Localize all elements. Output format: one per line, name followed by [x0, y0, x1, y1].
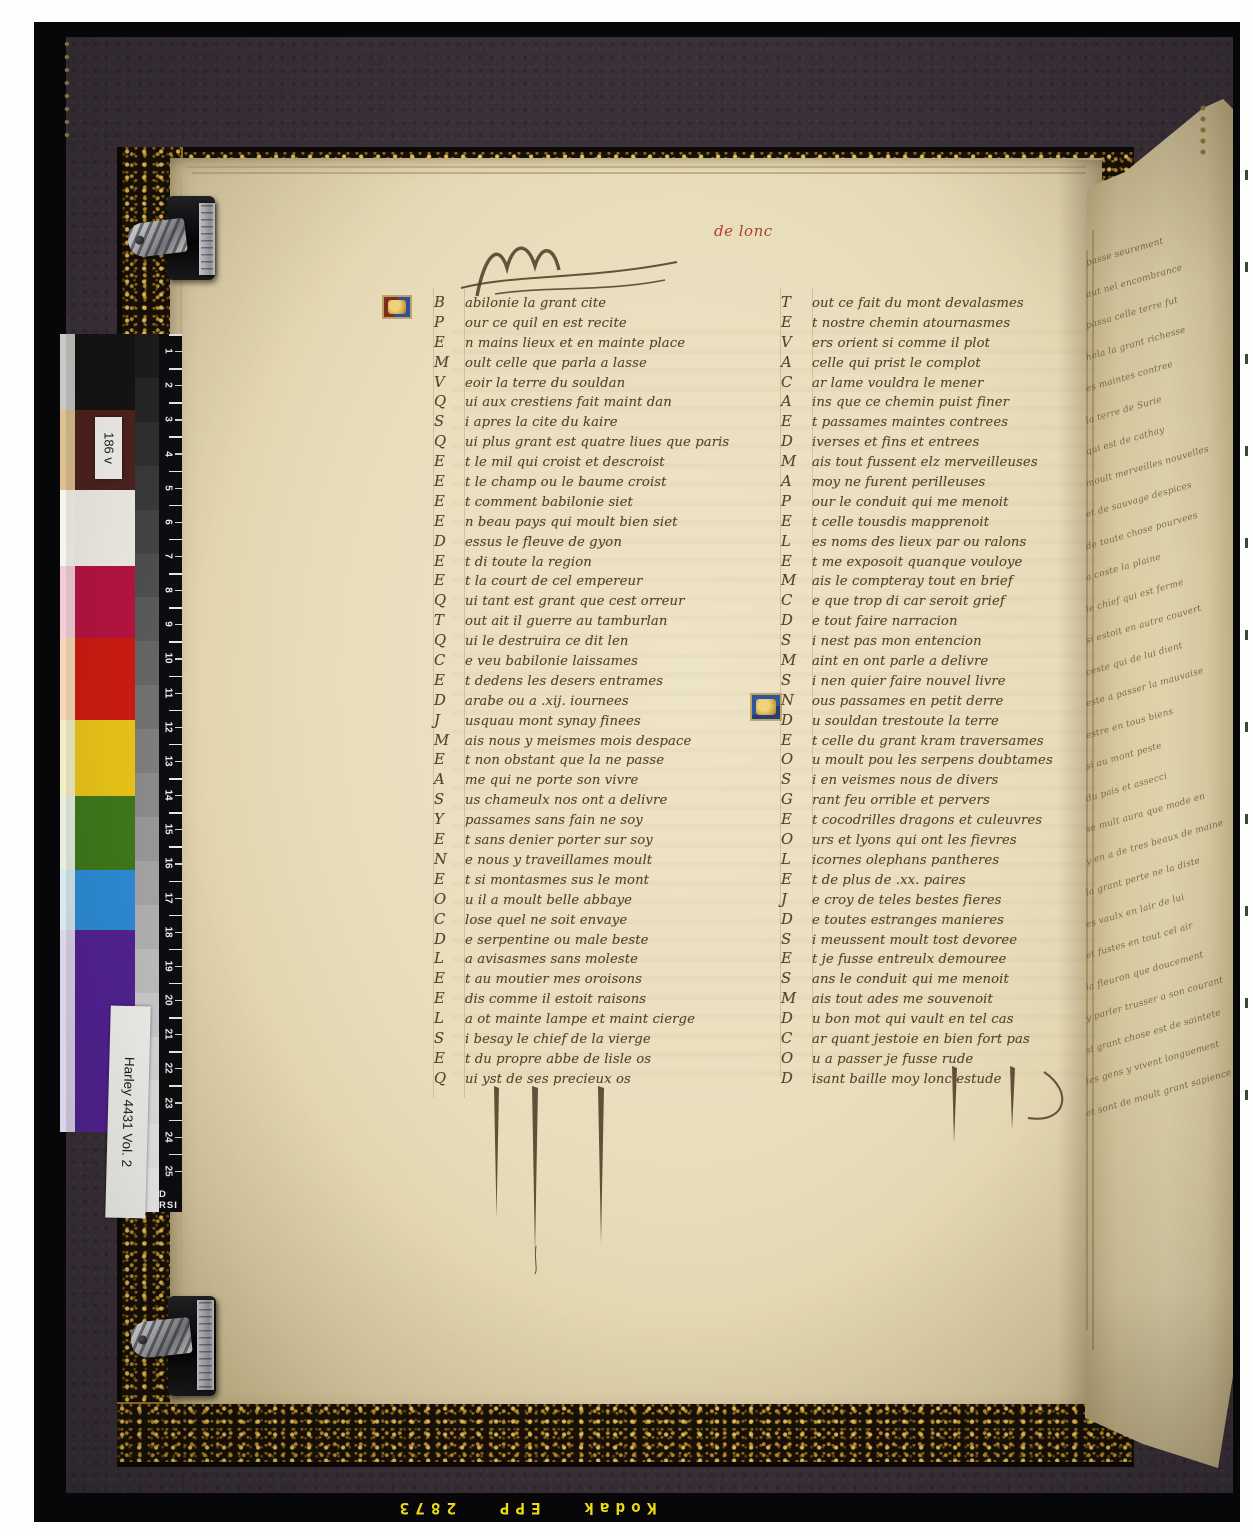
verse-line: E t celle tousdis mapprenoit: [781, 513, 1097, 533]
gray-step: [135, 510, 159, 554]
verse-line: D arabe ou a .xij. iournees: [434, 692, 750, 712]
verse-initial: M: [434, 354, 465, 371]
ruler-major-tick: [169, 607, 182, 609]
ruler-cell: 14: [159, 778, 182, 812]
folio-number-label: 186 v: [101, 432, 116, 464]
verse-initial: S: [434, 413, 465, 430]
verse-line: S i nen quier faire nouvel livre: [781, 672, 1097, 692]
verse-initial: N: [434, 851, 465, 868]
ruler-minor-tick: [175, 1068, 182, 1069]
gray-step: [135, 729, 159, 773]
verse-text: ans le conduit qui me menoit: [812, 972, 1009, 987]
main-color-patch: [75, 334, 135, 410]
main-color-patch: [75, 490, 135, 566]
ruler-number: 23: [163, 1097, 174, 1108]
ruler-cell: 22: [159, 1051, 182, 1085]
verse-initial: V: [434, 374, 465, 391]
ruler-cell: 15: [159, 812, 182, 846]
verse-text: i meussent moult tost devoree: [812, 933, 1017, 948]
verse-initial: E: [781, 314, 812, 331]
ruler-number: 8: [163, 587, 174, 593]
gray-step: [135, 641, 159, 685]
verse-line: M ais le compteray tout en brief: [781, 572, 1097, 592]
ruler-cell: 21: [159, 1017, 182, 1051]
verse-initial: P: [781, 493, 812, 510]
verse-initial: C: [781, 374, 812, 391]
shelfmark-label: Harley 4431 Vol. 2: [119, 1057, 137, 1168]
verse-initial: O: [781, 751, 812, 768]
descender-flourish: [924, 1066, 1094, 1166]
verse-initial: L: [781, 533, 812, 550]
ruler-minor-tick: [175, 898, 182, 899]
ruler-major-tick: [169, 1051, 182, 1053]
verse-text: out ait il guerre au tamburlan: [465, 614, 668, 629]
verse-line: O urs et lyons qui ont les fievres: [781, 831, 1097, 851]
ruler-minor-tick: [175, 590, 182, 591]
verse-text: t di toute la region: [465, 555, 592, 570]
ruler-number: 2: [163, 382, 174, 388]
verse-text: aint en ont parle a delivre: [812, 654, 988, 669]
ruler-number: 7: [163, 553, 174, 559]
verse-initial: S: [781, 771, 812, 788]
verse-text: t je fusse entreulx demouree: [812, 952, 1006, 967]
verse-initial: M: [434, 732, 465, 749]
ruler-major-tick: [169, 402, 182, 404]
ruler-major-tick: [169, 334, 182, 336]
verse-text: t dedens les desers entrames: [465, 674, 663, 689]
gold-initial-core: [388, 300, 406, 314]
verse-line: E t le champ ou le baume croist: [434, 473, 750, 493]
verse-text: t passames maintes contrees: [812, 415, 1008, 430]
verse-initial: E: [434, 1050, 465, 1067]
ruler-number: 18: [163, 926, 174, 937]
ruler-minor-tick: [175, 1000, 182, 1001]
verse-line: B abilonie la grant cite: [434, 294, 750, 314]
verse-initial: Q: [434, 393, 465, 410]
ruler-minor-tick: [175, 556, 182, 557]
verse-initial: E: [434, 572, 465, 589]
verse-initial: D: [781, 1010, 812, 1027]
verse-initial: E: [781, 513, 812, 530]
verse-text: ais le compteray tout en brief: [812, 574, 1013, 589]
photo-stage: de lonc B abilonie la grant cite P our c…: [0, 0, 1253, 1536]
verse-initial: E: [781, 811, 812, 828]
pale-color-patch: [60, 410, 75, 490]
verse-text: dis comme il estoit raisons: [465, 992, 646, 1007]
verse-line: M oult celle que parla a lasse: [434, 354, 750, 374]
verse-line: A moy ne furent perilleuses: [781, 473, 1097, 493]
verse-line: E t je fusse entreulx demouree: [781, 950, 1097, 970]
ruler-number: 19: [163, 960, 174, 971]
verse-line: D essus le fleuve de gyon: [434, 533, 750, 553]
color-patch-row: [60, 720, 135, 796]
ruler-major-tick: [169, 641, 182, 643]
verse-line: E t me exposoit quanque vouloye: [781, 553, 1097, 573]
ruler-minor-tick: [175, 419, 182, 420]
verse-line: D u bon mot qui vault en tel cas: [781, 1010, 1097, 1030]
verse-initial: E: [781, 413, 812, 430]
ruler-major-tick: [169, 915, 182, 917]
ruler-number: 17: [163, 892, 174, 903]
verse-text: u souldan trestoute la terre: [812, 714, 999, 729]
ruler-minor-tick: [175, 1137, 182, 1138]
ruler-major-tick: [169, 505, 182, 507]
verse-initial: E: [434, 493, 465, 510]
ruler-number: 4: [163, 451, 174, 457]
ruler-cell: 24: [159, 1120, 182, 1154]
verse-initial: M: [781, 453, 812, 470]
gray-step: [135, 773, 159, 817]
ruler-major-tick: [169, 983, 182, 985]
verse-text: essus le fleuve de gyon: [465, 535, 622, 550]
verse-line: Q ui le destruira ce dit len: [434, 632, 750, 652]
verse-line: N ous passames en petit derre: [781, 692, 1097, 712]
ruler-major-tick: [169, 1120, 182, 1122]
verse-line: Y passames sans fain ne soy: [434, 811, 750, 831]
ruler-cell: 4: [159, 436, 182, 470]
verse-initial: S: [434, 1030, 465, 1047]
verse-text: urs et lyons qui ont les fievres: [812, 833, 1017, 848]
verse-line: E t passames maintes contrees: [781, 413, 1097, 433]
verse-initial: D: [781, 1070, 812, 1087]
ruler-major-tick: [169, 778, 182, 780]
ruler-major-tick: [169, 1154, 182, 1156]
verse-text: t du propre abbe de lisle os: [465, 1052, 651, 1067]
ruler-cell: 8: [159, 573, 182, 607]
verse-initial: E: [434, 871, 465, 888]
ruler-cell: 7: [159, 539, 182, 573]
verse-initial: E: [434, 553, 465, 570]
verse-text: e croy de teles bestes fieres: [812, 893, 1002, 908]
verse-line: E t sans denier porter sur soy: [434, 831, 750, 851]
verse-line: E t de plus de .xx. paires: [781, 871, 1097, 891]
verse-text: t la court de cel empereur: [465, 574, 642, 589]
verse-initial: A: [781, 473, 812, 490]
verse-initial: B: [434, 294, 465, 311]
ruler-major-tick: [169, 1085, 182, 1087]
verse-text: ar quant jestoie en bien fort pas: [812, 1032, 1030, 1047]
verse-initial: M: [781, 652, 812, 669]
verse-text: t comment babilonie siet: [465, 495, 633, 510]
verse-text: abilonie la grant cite: [465, 296, 606, 311]
rubric-heading: de lonc: [714, 222, 844, 240]
verse-initial: O: [434, 891, 465, 908]
ruler-minor-tick: [175, 829, 182, 830]
ruler-minor-tick: [175, 624, 182, 625]
verse-text: t nostre chemin atournasmes: [812, 316, 1010, 331]
verse-text: passames sans fain ne soy: [465, 813, 643, 828]
ruler-major-tick: [169, 710, 182, 712]
ruler-number: 12: [163, 721, 174, 732]
verse-line: E t comment babilonie siet: [434, 493, 750, 513]
verse-text: ins que ce chemin puist finer: [812, 395, 1009, 410]
verse-line: S i en veismes nous de divers: [781, 771, 1097, 791]
ruler-minor-tick: [175, 761, 182, 762]
gray-step: [135, 378, 159, 422]
verse-text: ui aux crestiens fait maint dan: [465, 395, 672, 410]
color-patch-row: [60, 490, 135, 566]
clip-plate-bottom: [197, 1300, 214, 1390]
main-color-patch: [75, 720, 135, 796]
verse-initial: D: [781, 433, 812, 450]
verse-line: M ais nous y meismes mois despace: [434, 732, 750, 752]
ruler-cell: 13: [159, 744, 182, 778]
main-color-patch: [75, 796, 135, 870]
verse-initial: J: [434, 712, 465, 729]
pale-color-patch: [60, 638, 75, 720]
verse-text: us chameulx nos ont a delivre: [465, 793, 667, 808]
verse-initial: P: [434, 314, 465, 331]
main-color-patch: [75, 638, 135, 720]
verse-text: ui plus grant est quatre liues que paris: [465, 435, 729, 450]
verse-line: E dis comme il estoit raisons: [434, 990, 750, 1010]
verse-text: our le conduit qui me menoit: [812, 495, 1009, 510]
verse-text: ui le destruira ce dit len: [465, 634, 628, 649]
verse-text: a ot mainte lampe et maint cierge: [465, 1012, 695, 1027]
ruler-number: 22: [163, 1063, 174, 1074]
verse-line: E t non obstant que la ne passe: [434, 751, 750, 771]
gray-step: [135, 466, 159, 510]
ruler-number: 10: [163, 653, 174, 664]
ruler-minor-tick: [175, 453, 182, 454]
clip-plate-top: [199, 203, 215, 275]
ruler-cell: 10: [159, 641, 182, 675]
verse-text: e nous y traveillames moult: [465, 853, 652, 868]
ruler-number: 25: [163, 1165, 174, 1176]
ruler-cell: 1: [159, 334, 182, 368]
verse-text: oult celle que parla a lasse: [465, 356, 647, 371]
verse-line: E t si montasmes sus le mont: [434, 871, 750, 891]
gray-step: [135, 817, 159, 861]
verse-line: L es noms des lieux par ou ralons: [781, 533, 1097, 553]
ruler-number: 13: [163, 755, 174, 766]
verse-line: E t dedens les desers entrames: [434, 672, 750, 692]
ruler-major-tick: [169, 881, 182, 883]
verse-initial: E: [434, 473, 465, 490]
verse-line: T out ce fait du mont devalasmes: [781, 294, 1097, 314]
verse-text: u il a moult belle abbaye: [465, 893, 632, 908]
verse-line: D e toutes estranges manieres: [781, 911, 1097, 931]
ruler-minor-tick: [175, 966, 182, 967]
verse-text: t celle du grant kram traversames: [812, 734, 1044, 749]
clip-key-top: [126, 218, 188, 259]
gold-initial-core: [756, 699, 776, 716]
ruler-major-tick: [169, 676, 182, 678]
ruler-minor-tick: [175, 693, 182, 694]
verse-text: u moult pou les serpens doubtames: [812, 753, 1053, 768]
verse-line: S us chameulx nos ont a delivre: [434, 791, 750, 811]
gray-step: [135, 905, 159, 949]
verse-initial: D: [434, 931, 465, 948]
verse-text: i nen quier faire nouvel livre: [812, 674, 1006, 689]
ruler-minor-tick: [175, 1171, 182, 1172]
gray-step: [135, 949, 159, 993]
ruler-cell: 12: [159, 710, 182, 744]
ruler-cell: 18: [159, 915, 182, 949]
verse-line: Q ui aux crestiens fait maint dan: [434, 393, 750, 413]
verse-line: M ais tout fussent elz merveilleuses: [781, 453, 1097, 473]
verse-text: out ce fait du mont devalasmes: [812, 296, 1024, 311]
verse-line: M aint en ont parle a delivre: [781, 652, 1097, 672]
ruler-major-tick: [169, 539, 182, 541]
verse-line: S ans le conduit qui me menoit: [781, 970, 1097, 990]
verse-text: rant feu orrible et pervers: [812, 793, 990, 808]
ruler-number: 14: [163, 790, 174, 801]
ruler-minor-tick: [175, 795, 182, 796]
verse-text: t sans denier porter sur soy: [465, 833, 653, 848]
ruler-cell: 9: [159, 607, 182, 641]
verse-initial: E: [781, 732, 812, 749]
verse-line: E t la court de cel empereur: [434, 572, 750, 592]
ruler-cell: 2: [159, 368, 182, 402]
verse-initial: E: [434, 453, 465, 470]
verse-initial: A: [434, 771, 465, 788]
verse-line: P our le conduit qui me menoit: [781, 493, 1097, 513]
verse-initial: Q: [434, 592, 465, 609]
ruler-major-tick: [169, 471, 182, 473]
pale-color-patch: [60, 334, 75, 410]
descender-flourish: [480, 1086, 650, 1276]
verse-text: n beau pays qui moult bien siet: [465, 515, 678, 530]
ruler-number: 9: [163, 622, 174, 628]
verse-text: eoir la terre du souldan: [465, 376, 625, 391]
color-patch-row: [60, 334, 135, 410]
verse-line: V eoir la terre du souldan: [434, 374, 750, 394]
verse-initial: J: [781, 891, 812, 908]
verse-text: t le mil qui croist et descroist: [465, 455, 665, 470]
ruler-minor-tick: [175, 385, 182, 386]
verse-line: E t le mil qui croist et descroist: [434, 453, 750, 473]
verse-text: i besay le chief de la vierge: [465, 1032, 651, 1047]
gold-tooled-border-bottom: [117, 1402, 1134, 1467]
verse-text: ous passames en petit derre: [812, 694, 1003, 709]
verse-initial: Q: [434, 632, 465, 649]
verse-line: E t du propre abbe de lisle os: [434, 1050, 750, 1070]
verse-initial: N: [781, 692, 812, 709]
verse-line: S i besay le chief de la vierge: [434, 1030, 750, 1050]
verse-text: ais tout ades me souvenoit: [812, 992, 993, 1007]
verse-initial: M: [781, 572, 812, 589]
verse-text: t le champ ou le baume croist: [465, 475, 667, 490]
verse-text: usquau mont synay finees: [465, 714, 641, 729]
gray-step: [135, 554, 159, 598]
verse-initial: A: [781, 393, 812, 410]
champ-initial-ornament: [751, 694, 781, 720]
verse-line: J usquau mont synay finees: [434, 712, 750, 732]
pale-color-patch: [60, 870, 75, 930]
pale-color-patch: [60, 720, 75, 796]
verse-line: A me qui ne porte son vivre: [434, 771, 750, 791]
champ-initial-ornament: [383, 296, 411, 318]
verse-initial: Q: [434, 1070, 465, 1087]
cadel-flourish: [455, 236, 695, 300]
verse-line: E t cocodrilles dragons et culeuvres: [781, 811, 1097, 831]
ruler-cell: 5: [159, 471, 182, 505]
verse-initial: D: [434, 533, 465, 550]
ruler-major-tick: [169, 368, 182, 370]
ruler-major-tick: [169, 949, 182, 951]
verse-line: A celle qui prist le complot: [781, 354, 1097, 374]
verse-text: u a passer je fusse rude: [812, 1052, 973, 1067]
verse-initial: C: [434, 911, 465, 928]
verse-initial: L: [434, 1010, 465, 1027]
ruler-minor-tick: [175, 727, 182, 728]
ruler-cell: 19: [159, 949, 182, 983]
verse-text: e tout faire narracion: [812, 614, 958, 629]
verse-line: E n beau pays qui moult bien siet: [434, 513, 750, 533]
verse-line: S i apres la cite du kaire: [434, 413, 750, 433]
shelfmark-sticker: Harley 4431 Vol. 2: [105, 1006, 151, 1219]
verse-line: L a avisasmes sans moleste: [434, 950, 750, 970]
verse-line: D e tout faire narracion: [781, 612, 1097, 632]
verse-line: C e veu babilonie laissames: [434, 652, 750, 672]
ruler-minor-tick: [175, 1034, 182, 1035]
ruler-cell: 23: [159, 1085, 182, 1119]
color-patch-row: [60, 870, 135, 930]
verse-text: t si montasmes sus le mont: [465, 873, 649, 888]
film-edge-marks: [1245, 170, 1248, 1170]
verse-initial: E: [434, 990, 465, 1007]
color-patch-row: [60, 566, 135, 638]
verse-line: S i meussent moult tost devoree: [781, 931, 1097, 951]
pale-color-patch: [60, 796, 75, 870]
verse-text: iverses et fins et entrees: [812, 435, 979, 450]
verse-initial: C: [781, 592, 812, 609]
page-stack-edge: [186, 166, 1086, 168]
clip-plate-etching: [199, 1302, 212, 1388]
verse-initial: Q: [434, 433, 465, 450]
ruler-number: 6: [163, 519, 174, 525]
verse-line: E t nostre chemin atournasmes: [781, 314, 1097, 334]
ruler-strip: 1 2 3: [159, 334, 182, 1212]
ruler-major-tick: [169, 436, 182, 438]
verse-line: P our ce quil en est recite: [434, 314, 750, 334]
text-column-2: T out ce fait du mont devalasmes E t nos…: [781, 294, 1097, 1090]
ruler-cell: 6: [159, 505, 182, 539]
verse-text: t au moutier mes oroisons: [465, 972, 642, 987]
verse-initial: L: [781, 851, 812, 868]
verse-line: D u souldan trestoute la terre: [781, 712, 1097, 732]
ruler-footer-label: D RSI: [159, 1188, 182, 1212]
color-patch-row: [60, 796, 135, 870]
pale-color-patch: [60, 566, 75, 638]
verse-text: icornes olephans pantheres: [812, 853, 999, 868]
verse-line: C lose quel ne soit envaye: [434, 911, 750, 931]
film-stock-label: Kodak EPP 2873: [340, 1492, 710, 1518]
verse-initial: M: [781, 990, 812, 1007]
verse-initial: C: [781, 1030, 812, 1047]
verse-line: C ar lame vouldra le mener: [781, 374, 1097, 394]
verse-initial: D: [781, 712, 812, 729]
verse-line: E t au moutier mes oroisons: [434, 970, 750, 990]
ruler-major-tick: [169, 846, 182, 848]
ruler-major-tick: [169, 812, 182, 814]
verse-text: me qui ne porte son vivre: [465, 773, 638, 788]
verse-initial: E: [781, 553, 812, 570]
ruler-cells: 1 2 3: [159, 334, 182, 1188]
main-color-patch: [75, 566, 135, 638]
verse-text: e que trop di car seroit grief: [812, 594, 1005, 609]
ruler-major-tick: [169, 744, 182, 746]
ruler-cell: 20: [159, 983, 182, 1017]
verse-text: ers orient si comme il plot: [812, 336, 990, 351]
verse-line: N e nous y traveillames moult: [434, 851, 750, 871]
leaf-corner-dots: [1199, 103, 1207, 159]
verse-text: ar lame vouldra le mener: [812, 376, 983, 391]
ruler-minor-tick: [175, 932, 182, 933]
ruler-cell: 17: [159, 881, 182, 915]
ruler-cell: 25: [159, 1154, 182, 1188]
